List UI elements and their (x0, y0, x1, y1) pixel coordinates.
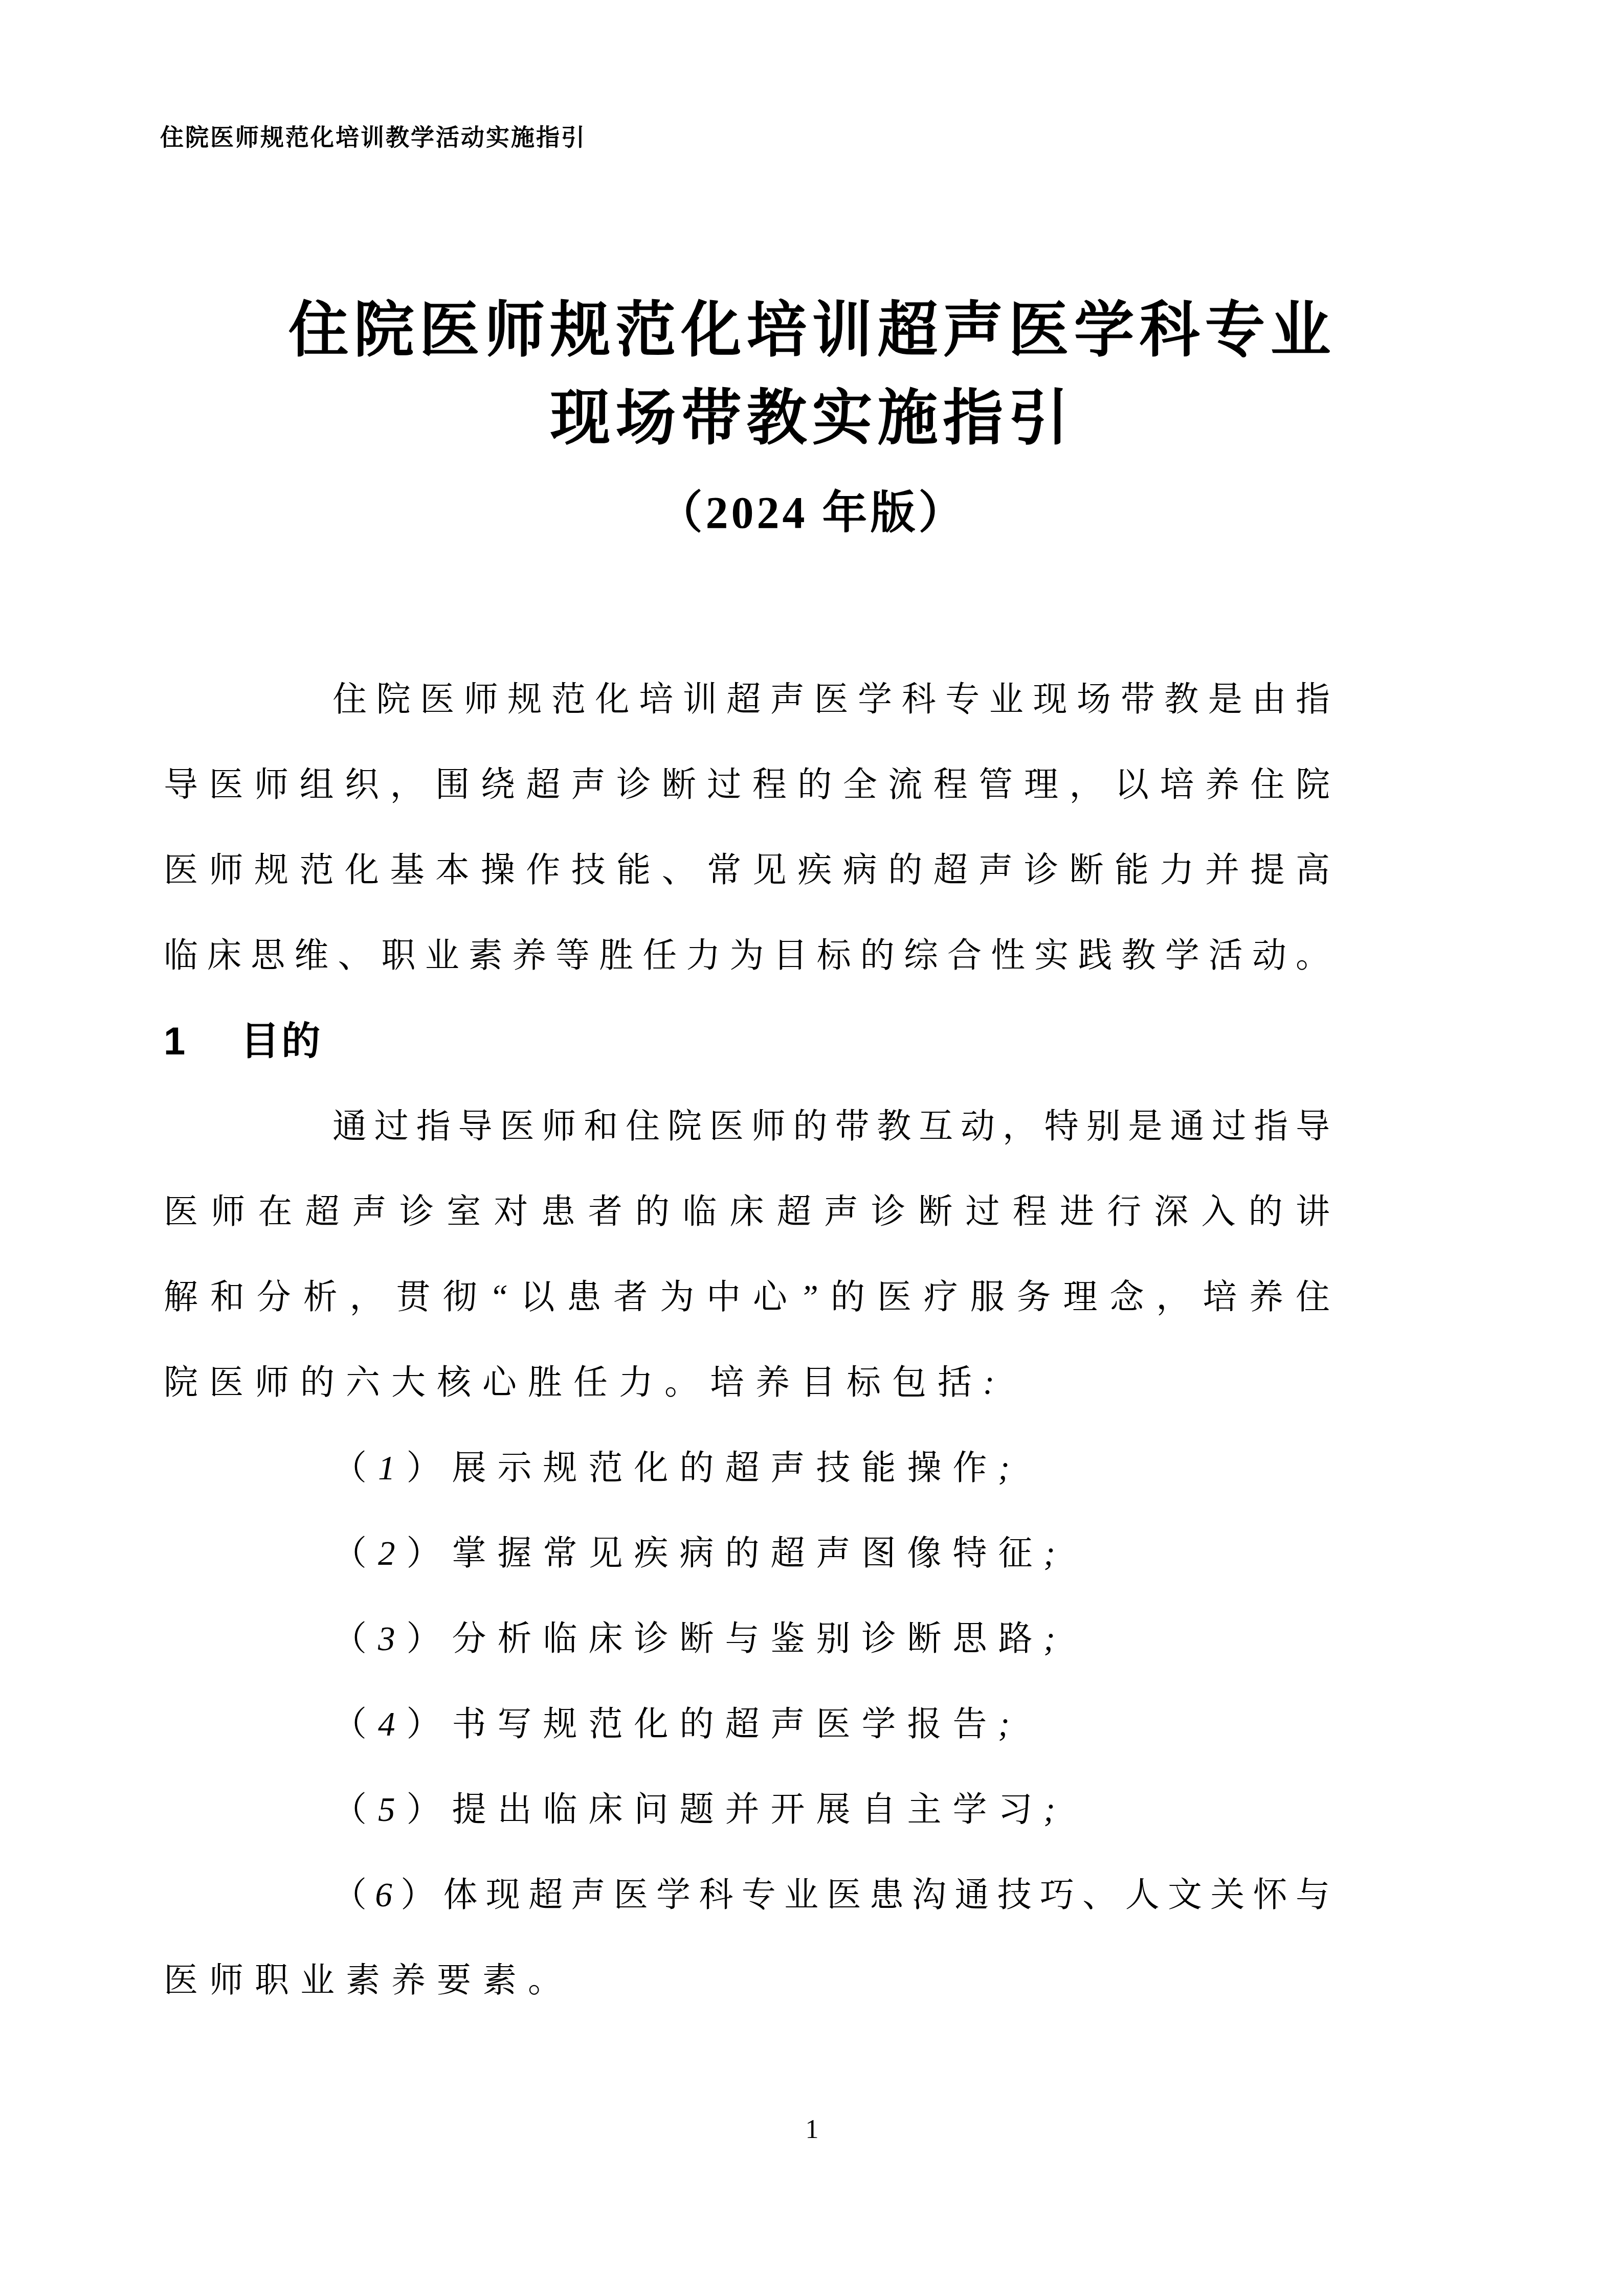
section-heading-purpose: 1目的 (164, 999, 1330, 1084)
document-title-line-2: 现场带教实施指引 (0, 374, 1624, 462)
goal-item: （2）掌握常见疾病的超声图像特征; (164, 1511, 1330, 1596)
intro-line: 导医师组织，围绕超声诊断过程的全流程管理，以培养住院 (164, 742, 1330, 828)
intro-line: 医师规范化基本操作技能、常见疾病的超声诊断能力并提高 (164, 828, 1330, 913)
section-number: 1 (164, 999, 187, 1084)
purpose-line: 医师在超声诊室对患者的临床超声诊断过程进行深入的讲 (164, 1169, 1330, 1255)
document-page: 住院医师规范化培训教学活动实施指引 住院医师规范化培训超声医学科专业 现场带教实… (0, 0, 1624, 2296)
goal-item: （3）分析临床诊断与鉴别诊断思路; (164, 1596, 1330, 1682)
goal-item: （4）书写规范化的超声医学报告; (164, 1682, 1330, 1767)
goal-item: （1）展示规范化的超声技能操作; (164, 1426, 1330, 1511)
purpose-line: 院医师的六大核心胜任力。培养目标包括: (164, 1340, 1330, 1426)
body-text: 住院医师规范化培训超声医学科专业现场带教是由指 导医师组织，围绕超声诊断过程的全… (164, 657, 1330, 2023)
section-title: 目的 (240, 1020, 322, 1063)
purpose-line: 解和分析，贯彻“以患者为中心”的医疗服务理念，培养住 (164, 1255, 1330, 1340)
title-block: 住院医师规范化培训超声医学科专业 现场带教实施指引 （2024 年版） (0, 286, 1624, 552)
purpose-line: 通过指导医师和住院医师的带教互动，特别是通过指导 (164, 1084, 1330, 1169)
goal-item-6-line-1: （6）体现超声医学科专业医患沟通技巧、人文关怀与 (164, 1853, 1330, 1938)
goal-item: （5）提出临床问题并开展自主学习; (164, 1767, 1330, 1853)
intro-line: 临床思维、职业素养等胜任力为目标的综合性实践教学活动。 (164, 913, 1330, 999)
document-title-line-1: 住院医师规范化培训超声医学科专业 (0, 286, 1624, 374)
intro-line: 住院医师规范化培训超声医学科专业现场带教是由指 (164, 657, 1330, 742)
page-number: 1 (0, 2114, 1624, 2145)
running-header: 住院医师规范化培训教学活动实施指引 (160, 119, 586, 152)
goal-item-6-line-2: 医师职业素养要素。 (164, 1938, 1330, 2023)
document-edition: （2024 年版） (0, 475, 1624, 552)
